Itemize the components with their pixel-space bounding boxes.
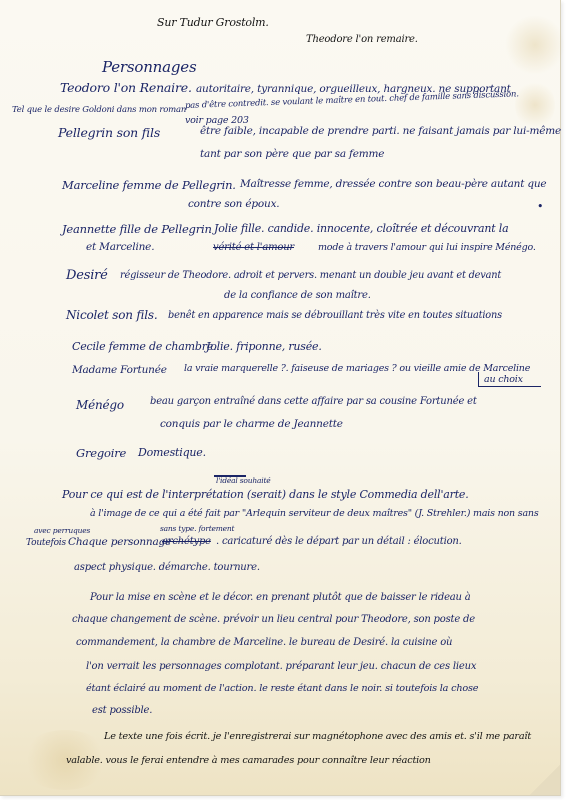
character-name-line2: et Marceline.: [86, 241, 154, 253]
character-name: Pellegrin son fils: [58, 125, 160, 140]
character-name: Gregoire: [76, 446, 126, 460]
character-continuation: contre son époux.: [188, 198, 279, 210]
character-name: Jeannette fille de Pellegrin: [62, 222, 212, 236]
character-description: Domestique.: [138, 446, 206, 459]
insert-note: sans type. fortement: [160, 524, 234, 533]
header-line-1: Sur Tudur Grostolm.: [157, 16, 269, 29]
margin-note-perruques: avec perruques: [34, 526, 90, 535]
closing-line: Le texte une fois écrit. je l'enregistre…: [104, 731, 531, 742]
handwritten-manuscript-page: Sur Tudur Grostolm. Theodore l'on remair…: [0, 0, 561, 796]
paper-stain: [505, 15, 565, 75]
character-description: Maîtresse femme, dressée contre son beau…: [240, 178, 546, 190]
character-description: beau garçon entraîné dans cette affaire …: [150, 396, 477, 407]
character-description: benêt en apparence mais se débrouillant …: [168, 310, 502, 321]
character-name: Cecile femme de chambre.: [72, 340, 216, 353]
interpretation-line-4: aspect physique. démarche. tournure.: [74, 562, 260, 573]
staging-line: l'on verrait les personnages complotant.…: [86, 661, 476, 672]
character-continuation: mode à travers l'amour qui lui inspire M…: [318, 242, 536, 253]
character-name: Desiré: [66, 268, 108, 283]
character-continuation: conquis par le charme de Jeannette: [160, 418, 343, 430]
section-title: Personnages: [102, 58, 196, 76]
note-bracket: [478, 372, 541, 387]
staging-line: est possible.: [92, 705, 152, 716]
staging-line: Pour la mise en scène et le décor. en pr…: [90, 592, 471, 603]
interpretation-line-3: Chaque personnage: [68, 536, 171, 548]
margin-mark: •: [537, 200, 543, 213]
character-description: être faible, incapable de prendre parti.…: [200, 125, 561, 137]
character-description: Jolie. friponne, rusée.: [206, 340, 322, 353]
paper-stain: [515, 80, 555, 130]
struck-text: archétype: [162, 536, 211, 547]
character-name: Ménégo: [76, 398, 124, 412]
header-line-2: Theodore l'on remaire.: [306, 34, 418, 45]
character-continuation: tant par son père que par sa femme: [200, 148, 384, 160]
character-name: Marceline femme de Pellegrin.: [62, 178, 236, 192]
margin-note-left: Tel que le desire Goldoni dans mon roman: [12, 105, 186, 115]
interpretation-line-2: à l'image de ce qui a été fait par "Arle…: [90, 508, 539, 519]
character-name: Nicolet son fils.: [66, 308, 157, 322]
closing-line: valable. vous le ferai entendre à mes ca…: [66, 755, 431, 766]
interpretation-superscript: l'idéal souhaité: [216, 476, 271, 485]
character-description: Jolie fille. candide. innocente, cloîtré…: [214, 222, 508, 235]
interpretation-line-3-rest: . caricaturé dès le départ par un détail…: [216, 536, 462, 547]
interpretation-line-1: Pour ce qui est de l'interprétation (ser…: [62, 488, 469, 501]
folded-corner: [530, 765, 560, 795]
struck-text: vérité et l'amour: [213, 242, 294, 253]
character-description: régisseur de Theodore. adroit et pervers…: [120, 270, 501, 281]
staging-line: étant éclairé au moment de l'action. le …: [86, 683, 478, 694]
character-continuation: de la confiance de son maître.: [224, 290, 371, 301]
character-name: Madame Fortunée: [72, 364, 167, 376]
character-name: Teodoro l'on Renaire.: [60, 80, 192, 95]
staging-line: chaque changement de scène. prévoir un l…: [72, 614, 475, 625]
interpretation-line-3-lead: Toutefois: [26, 538, 66, 548]
staging-line: commandement, la chambre de Marceline. l…: [76, 637, 452, 648]
